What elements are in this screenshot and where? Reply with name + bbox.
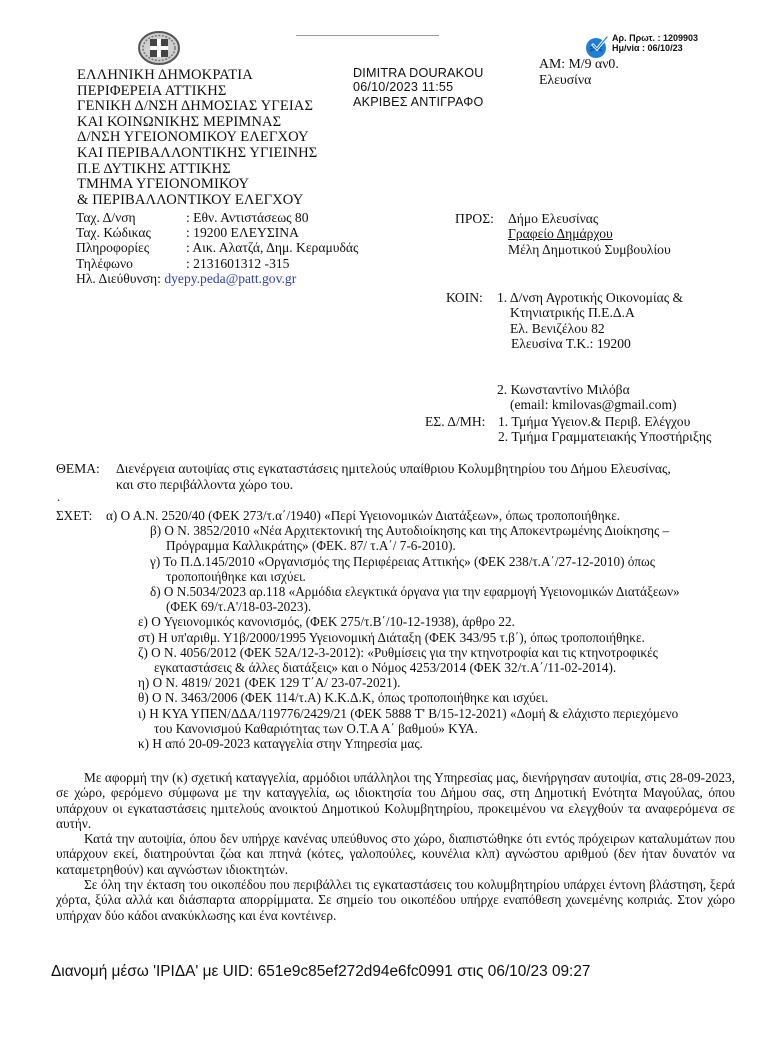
organization-header: ΕΛΛΗΝΙΚΗ ΔΗΜΟΚΡΑΤΙΑ ΠΕΡΙΦΕΡΕΙΑ ΑΤΤΙΚΗΣ Γ… [77, 68, 317, 208]
cc-line: Ελ. Βενιζέλου 82 [510, 321, 605, 336]
contact-label: Ηλ. Διεύθυνση [76, 271, 157, 286]
signature-line [296, 35, 439, 36]
document-body: Με αφορμή την (κ) σχετική καταγγελία, αρ… [56, 770, 735, 923]
recipient: Μέλη Δημοτικού Συμβουλίου [508, 242, 671, 257]
cc-row: Κτηνιατρικής Π.Ε.Δ.Α [446, 305, 683, 320]
reference-header-row: ΣΧΕΤ: α) Ο Α.Ν. 2520/40 (ΦΕΚ 273/τ.α΄/19… [56, 508, 756, 751]
recipient: Γραφείο Δημάρχου [508, 226, 613, 241]
reference-item: κ) Η από 20-09-2023 καταγγελία στην Υπηρ… [138, 736, 680, 751]
reference-block: ΑΜ: Μ/9 αν0. Ελευσίνα [539, 56, 619, 87]
reference-item: Πρόγραμμα Καλλικράτης» (ΦΕΚ. 87/ τ.Α΄/ 7… [166, 538, 680, 553]
subject-label: ΘΕΜΑ: [56, 461, 116, 477]
cc-line: Κτηνιατρικής Π.Ε.Δ.Α [510, 305, 635, 320]
certified-copy-label: ΑΚΡΙΒΕΣ ΑΝΤΙΓΡΑΦΟ [353, 95, 484, 109]
spacer [446, 382, 497, 397]
reference-item: στ) Η υπ'αριθμ. Υ1β/2000/1995 Υγειονομικ… [138, 630, 680, 645]
recipient: Δήμο Ελευσίνας [508, 211, 598, 226]
spacer [425, 429, 498, 444]
spacer [455, 226, 508, 241]
reference-item: του Κανονισμού Καθαριότητας των Ο.Τ.Α Α΄… [154, 721, 680, 736]
contact-value: : 19200 ΕΛΕΥΣΙΝΑ [186, 225, 299, 240]
spacer [446, 397, 510, 412]
recipient-row: Γραφείο Δημάρχου [455, 226, 671, 241]
subject-row: και στο περιβάλλοντα χώρο του. [56, 477, 671, 493]
internal-row: 2. Τμήμα Γραμματειακής Υποστήριξης [425, 429, 711, 444]
subject-line: και στο περιβάλλοντα χώρο του. [116, 477, 293, 493]
cc-label: ΚΟΙΝ: [446, 290, 497, 305]
contact-value: : Εθν. Αντιστάσεως 80 [186, 210, 309, 225]
org-line: Δ/ΝΣΗ ΥΓΕΙΟΝΟΜΙΚΟΥ ΕΛΕΓΧΟΥ [77, 130, 317, 146]
contact-label: Ταχ. Δ/νση [76, 210, 186, 225]
spacer [56, 477, 116, 493]
to-label: ΠΡΟΣ: [455, 211, 508, 226]
reference-item: ι) Η ΚΥΑ ΥΠΕΝ/ΔΔΑ/119776/2429/21 (ΦΕΚ 58… [138, 706, 680, 721]
recipient-row: Μέλη Δημοτικού Συμβουλίου [455, 242, 671, 257]
signature-datetime: 06/10/2023 11:55 [353, 80, 484, 94]
spacer [446, 336, 511, 351]
cc-line: 2. Κωνσταντίνο Μιλόβα [497, 382, 630, 397]
spacer [446, 305, 510, 320]
cc-row: Ελ. Βενιζέλου 82 [446, 321, 683, 336]
org-line: ΚΑΙ ΚΟΙΝΩΝΙΚΗΣ ΜΕΡΙΜΝΑΣ [77, 115, 317, 131]
contact-row: Πληροφορίες : Αικ. Αλατζά, Δημ. Κεραμυδά… [76, 240, 358, 255]
protocol-date: Ημ/νία : 06/10/23 [612, 43, 698, 53]
spacer [446, 367, 683, 382]
internal-distribution: ΕΣ. Δ/ΜΗ: 1. Τμήμα Υγειον.& Περιβ. Ελέγχ… [425, 414, 711, 445]
contact-label: Ταχ. Κώδικας [76, 225, 186, 240]
references: ΣΧΕΤ: α) Ο Α.Ν. 2520/40 (ΦΕΚ 273/τ.α΄/19… [56, 508, 756, 751]
org-line: ΠΕΡΙΦΕΡΕΙΑ ΑΤΤΙΚΗΣ [77, 84, 317, 100]
org-line: ΤΜΗΜΑ ΥΓΕΙΟΝΟΜΙΚΟΥ [77, 177, 317, 193]
reference-item: β) Ο Ν. 3852/2010 «Νέα Αρχιτεκτονική της… [150, 523, 680, 538]
cc-line: 1. Δ/νση Αγροτικής Οικονομίας & [497, 290, 683, 305]
email-separator: : [157, 271, 164, 286]
contact-value: : 2131601312 -315 [186, 256, 289, 271]
place: Ελευσίνα [539, 72, 619, 88]
contact-label: Πληροφορίες [76, 240, 186, 255]
contact-row-email: Ηλ. Διεύθυνση : dyepy.peda@patt.gov.gr [76, 271, 358, 286]
recipients-to: ΠΡΟΣ: Δήμο Ελευσίνας Γραφείο Δημάρχου Μέ… [455, 211, 671, 257]
cc-row: ΚΟΙΝ: 1. Δ/νση Αγροτικής Οικονομίας & [446, 290, 683, 305]
internal-line: 2. Τμήμα Γραμματειακής Υποστήριξης [498, 429, 711, 444]
recipients-cc: ΚΟΙΝ: 1. Δ/νση Αγροτικής Οικονομίας & Κτ… [446, 290, 683, 412]
body-paragraph: Κατά την αυτοψία, όπου δεν υπήρχε κανένα… [56, 831, 735, 877]
internal-label: ΕΣ. Δ/ΜΗ: [425, 414, 498, 429]
cc-row: 2. Κωνσταντίνο Μιλόβα [446, 382, 683, 397]
cc-row: Ελευσίνα Τ.Κ.: 19200 [446, 336, 683, 351]
contact-row: Τηλέφωνο : 2131601312 -315 [76, 256, 358, 271]
contact-row: Ταχ. Κώδικας : 19200 ΕΛΕΥΣΙΝΑ [76, 225, 358, 240]
body-paragraph: Σε όλη την έκταση του οικοπέδου που περι… [56, 877, 735, 923]
subject-line: Διενέργεια αυτοψίας στις εγκαταστάσεις η… [116, 461, 671, 477]
org-line: & ΠΕΡΙΒΑΛΛΟΝΤΙΚΟΥ ΕΛΕΓΧΟΥ [77, 193, 317, 209]
cc-row: (email: kmilovas@gmail.com) [446, 397, 683, 412]
cc-line: Ελευσίνα Τ.Κ.: 19200 [511, 336, 631, 351]
subject: ΘΕΜΑ: Διενέργεια αυτοψίας στις εγκαταστά… [56, 461, 671, 492]
contact-label: Τηλέφωνο [76, 256, 186, 271]
spacer [455, 242, 508, 257]
internal-line: 1. Τμήμα Υγειον.& Περιβ. Ελέγχου [498, 414, 690, 429]
signer-name: DIMITRA DOURAKOU [353, 66, 484, 80]
reference-item: γ) Το Π.Δ.145/2010 «Οργανισμός της Περιφ… [150, 554, 680, 569]
reference-item: τροποποιήθηκε και ισχύει. [166, 569, 680, 584]
contact-block: Ταχ. Δ/νση : Εθν. Αντιστάσεως 80 Ταχ. Κώ… [76, 210, 358, 286]
reference-item: α) Ο Α.Ν. 2520/40 (ΦΕΚ 273/τ.α΄/1940) «Π… [106, 508, 680, 523]
org-line: ΚΑΙ ΠΕΡΙΒΑΛΛΟΝΤΙΚΗΣ ΥΓΙΕΙΝΗΣ [77, 146, 317, 162]
email-link[interactable]: dyepy.peda@patt.gov.gr [164, 271, 296, 286]
reference-item: η) Ο Ν. 4819/ 2021 (ΦΕΚ 129 Τ΄Α/ 23-07-2… [138, 675, 680, 690]
contact-value: : Αικ. Αλατζά, Δημ. Κεραμυδάς [186, 240, 358, 255]
recipient-row: ΠΡΟΣ: Δήμο Ελευσίνας [455, 211, 671, 226]
greek-coat-of-arms-icon [137, 30, 181, 66]
digital-signature: DIMITRA DOURAKOU 06/10/2023 11:55 ΑΚΡΙΒΕ… [353, 66, 484, 109]
distribution-footer: Διανομή μέσω 'ΙΡΙΔΑ' με UID: 651e9c85ef2… [51, 963, 590, 981]
spacer [446, 321, 510, 336]
internal-row: ΕΣ. Δ/ΜΗ: 1. Τμήμα Υγειον.& Περιβ. Ελέγχ… [425, 414, 711, 429]
reference-item: δ) Ο Ν.5034/2023 αρ.118 «Αρμόδια ελεγκτι… [150, 584, 680, 599]
spacer [446, 352, 683, 367]
cc-line: (email: kmilovas@gmail.com) [510, 397, 677, 412]
references-label: ΣΧΕΤ: [56, 508, 106, 751]
reference-list: α) Ο Α.Ν. 2520/40 (ΦΕΚ 273/τ.α΄/1940) «Π… [106, 508, 680, 751]
body-paragraph: Με αφορμή την (κ) σχετική καταγγελία, αρ… [56, 770, 735, 831]
org-line: ΓΕΝΙΚΗ Δ/ΝΣΗ ΔΗΜΟΣΙΑΣ ΥΓΕΙΑΣ [77, 99, 317, 115]
org-line: ΕΛΛΗΝΙΚΗ ΔΗΜΟΚΡΑΤΙΑ [77, 68, 317, 84]
reference-item: (ΦΕΚ 69/τ.Α'/18-03-2023). [166, 599, 680, 614]
am-reference: ΑΜ: Μ/9 αν0. [539, 56, 619, 72]
reference-item: ζ) Ο Ν. 4056/2012 (ΦΕΚ 52Α/12-3-2012): «… [138, 645, 680, 660]
reference-item: ε) Ο Υγειονομικός κανονισμός, (ΦΕΚ 275/τ… [138, 614, 680, 629]
protocol-number: Αρ. Πρωτ. : 1209903 [612, 33, 698, 43]
org-line: Π.Ε ΔΥΤΙΚΗΣ ΑΤΤΙΚΗΣ [77, 162, 317, 178]
contact-row: Ταχ. Δ/νση : Εθν. Αντιστάσεως 80 [76, 210, 358, 225]
reference-item: εγκαταστάσεις & άλλες διατάξεις» και ο Ν… [154, 660, 680, 675]
subject-row: ΘΕΜΑ: Διενέργεια αυτοψίας στις εγκαταστά… [56, 461, 671, 477]
reference-item: θ) Ο Ν. 3463/2006 (ΦΕΚ 114/τ.Α) Κ.Κ.Δ.Κ,… [138, 690, 680, 705]
protocol-stamp: Αρ. Πρωτ. : 1209903 Ημ/νία : 06/10/23 [612, 33, 698, 53]
separator-dot: . [57, 489, 60, 505]
